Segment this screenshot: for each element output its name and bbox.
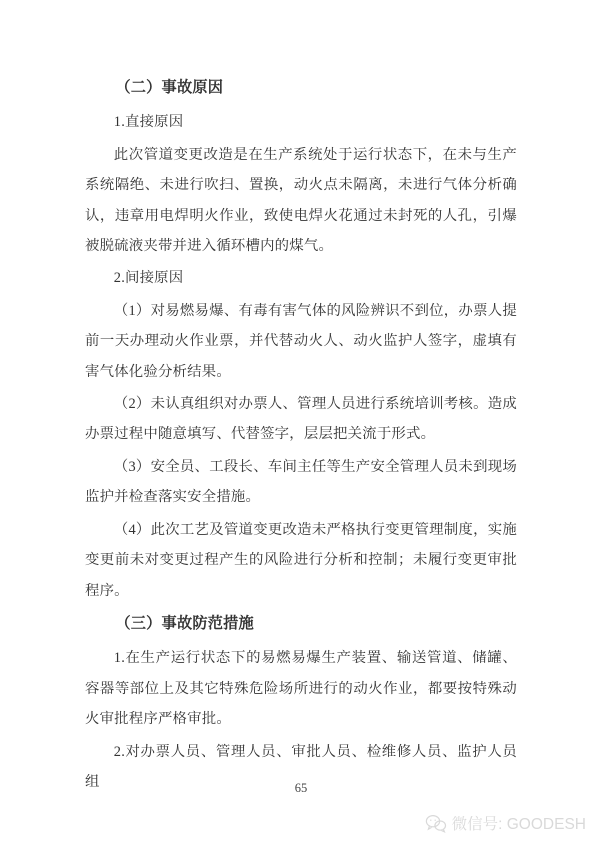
paragraph-indirect-cause-2: （2）未认真组织对办票人、管理人员进行系统培训考核。造成办票过程中随意填写、代替… xyxy=(85,389,517,450)
paragraph-prevention-1: 1.在生产运行状态下的易燃易爆生产装置、输送管道、储罐、容器等部位上及其它特殊危… xyxy=(85,643,517,734)
watermark-label: 微信号: GOODESH xyxy=(452,812,586,834)
section-heading-prevention-measures: （三）事故防范措施 xyxy=(85,609,517,639)
paragraph-indirect-cause-3: （3）安全员、工段长、车间主任等生产安全管理人员未到现场监护并检查落实安全措施。 xyxy=(85,452,517,513)
paragraph-indirect-cause-4: （4）此次工艺及管道变更改造未严格执行变更管理制度，实施变更前未对变更过程产生的… xyxy=(85,515,517,606)
subsection-direct-cause: 1.直接原因 xyxy=(85,107,517,137)
section-heading-accident-causes: （二）事故原因 xyxy=(85,73,517,103)
subsection-indirect-cause: 2.间接原因 xyxy=(85,263,517,293)
paragraph-indirect-cause-1: （1）对易燃易爆、有毒有害气体的风险辨识不到位，办票人提前一天办理动火作业票，并… xyxy=(85,296,517,387)
wechat-icon xyxy=(425,814,447,833)
paragraph-direct-cause: 此次管道变更改造是在生产系统处于运行状态下，在未与生产系统隔绝、未进行吹扫、置换… xyxy=(85,140,517,262)
document-body: （二）事故原因 1.直接原因 此次管道变更改造是在生产系统处于运行状态下，在未与… xyxy=(85,70,517,799)
watermark: 微信号: GOODESH xyxy=(425,812,586,834)
document-page: （二）事故原因 1.直接原因 此次管道变更改造是在生产系统处于运行状态下，在未与… xyxy=(0,0,600,848)
page-number: 65 xyxy=(85,781,517,796)
